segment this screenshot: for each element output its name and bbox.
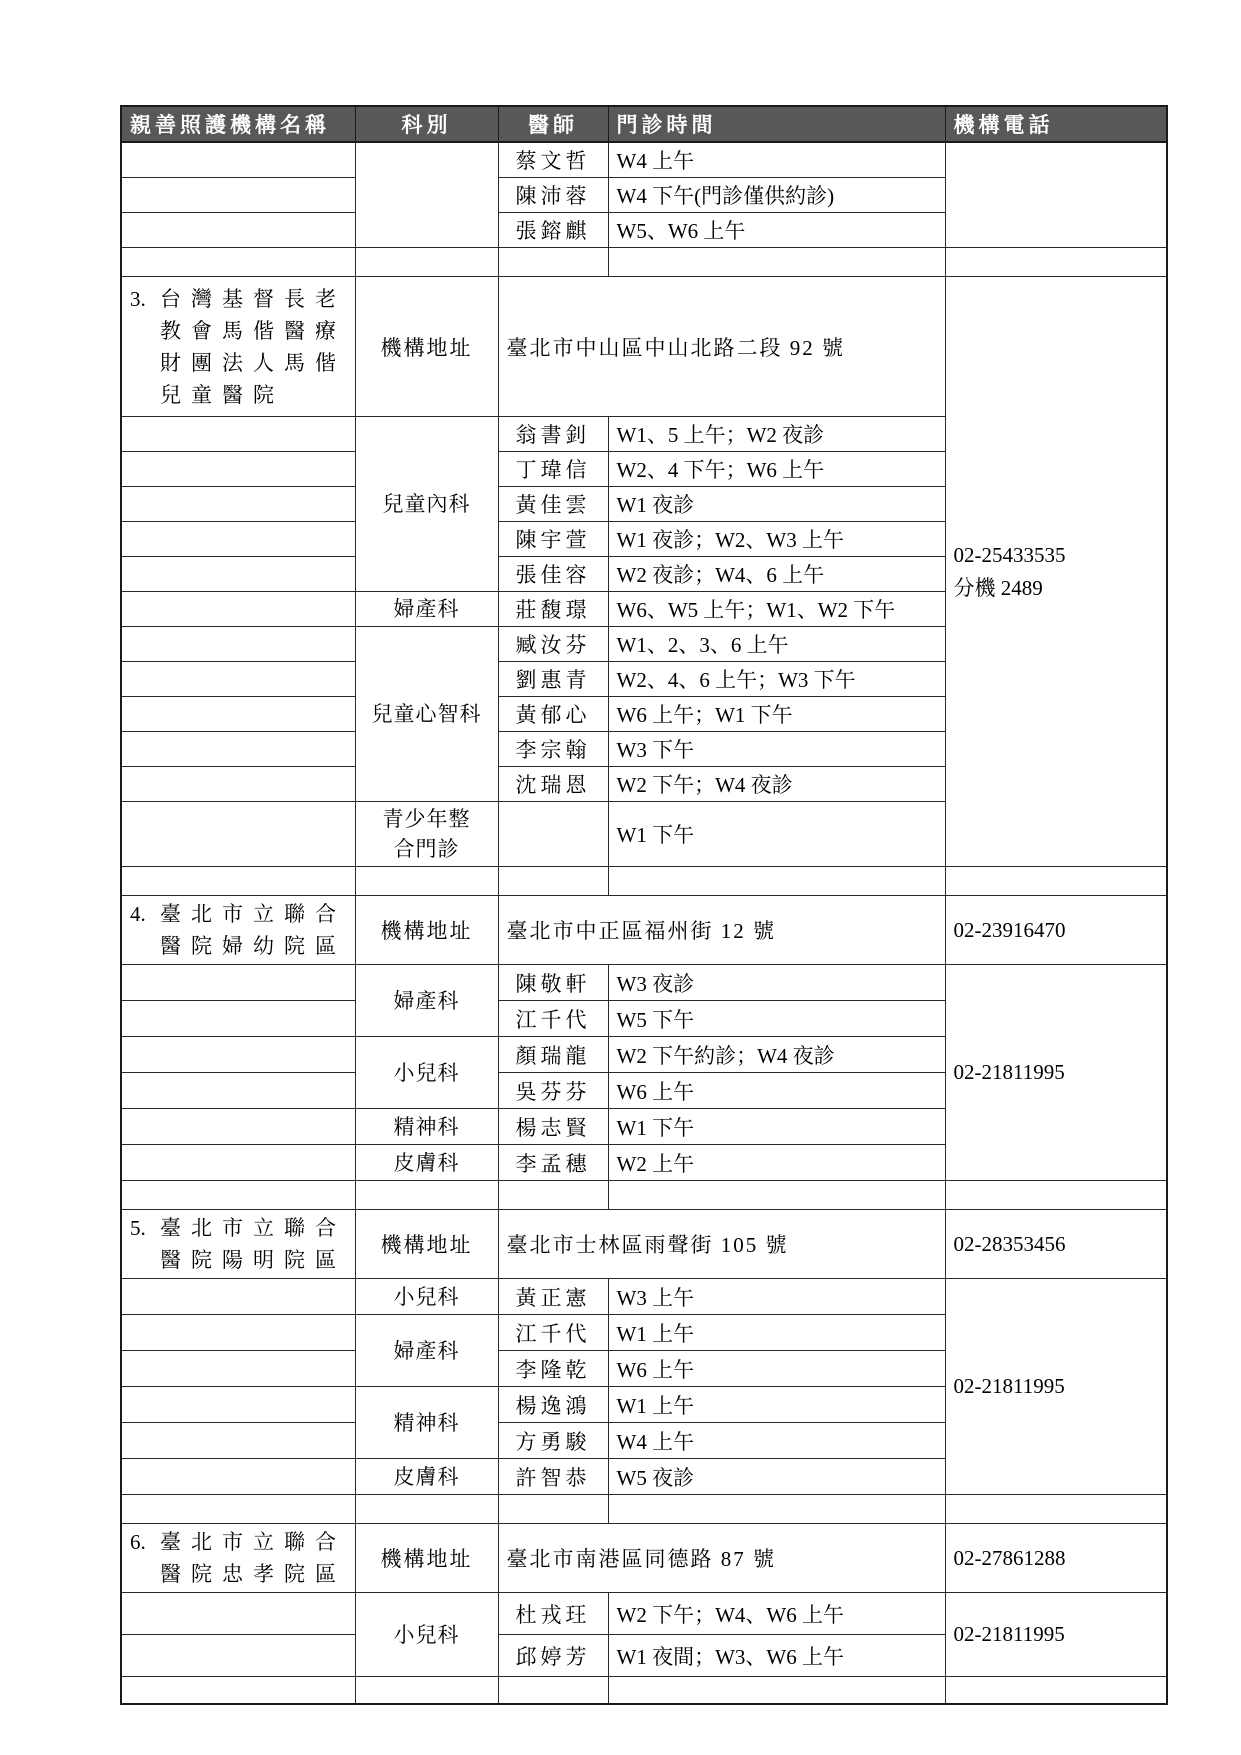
empty-institution-cell [121,767,355,802]
institution-name-wrap: 6.臺北市立聯合 醫院忠孝院區 [130,1526,347,1590]
phone-cell: 02-21811995 [945,1279,1167,1495]
empty-institution-cell [121,452,355,487]
institution-number: 5. [130,1212,160,1244]
department-cell: 小兒科 [355,1279,498,1315]
doctor-name-cell: 黃郁心 [498,697,608,732]
institution-name: 臺北市立聯合 醫院婦幼院區 [160,898,347,962]
institution-number: 3. [130,283,160,315]
clinic-time-cell: W3 上午 [608,1279,945,1315]
department-cell: 皮膚科 [355,1459,498,1495]
clinic-time-cell: W2、4 下午；W6 上午 [608,452,945,487]
doctor-name-cell: 許智恭 [498,1459,608,1495]
empty-phone-cell [945,142,1167,248]
doctor-name-cell: 李孟穗 [498,1145,608,1181]
address-cell: 臺北市中山區中山北路二段 92 號 [498,277,945,417]
empty-institution-cell [121,965,355,1001]
spacer-phone-cell [945,1495,1167,1524]
doctor-name-cell: 楊志賢 [498,1109,608,1145]
doctor-name-cell: 陳沛蓉 [498,178,608,213]
doctor-name-cell: 丁瑋信 [498,452,608,487]
header-institution: 親善照護機構名稱 [121,106,355,142]
clinic-time-cell: W3 下午 [608,732,945,767]
institution-name: 台灣基督長老 教會馬偕醫療 財團法人馬偕 兒童醫院 [160,283,347,411]
clinic-time-cell: W1、5 上午；W2 夜診 [608,417,945,452]
empty-institution-cell [121,627,355,662]
empty-institution-cell [121,1037,355,1073]
empty-institution-cell [121,802,355,867]
address-cell: 臺北市士林區雨聲街 105 號 [498,1210,945,1279]
header-row: 親善照護機構名稱科別醫師門診時間機構電話 [121,106,1167,142]
spacer-time-cell [608,867,945,896]
empty-institution-cell [121,1387,355,1423]
spacer-department-cell [355,248,498,277]
doctor-name-cell: 黃正憲 [498,1279,608,1315]
phone-cell: 02-21811995 [945,965,1167,1181]
spacer-department-cell [355,1181,498,1210]
spacer-doctor-cell [498,1181,608,1210]
doctor-name-cell: 李宗翰 [498,732,608,767]
clinic-time-cell: W4 上午 [608,1423,945,1459]
empty-institution-cell [121,1459,355,1495]
institution-name-cell: 6.臺北市立聯合 醫院忠孝院區 [121,1524,355,1593]
document-page: 親善照護機構名稱科別醫師門診時間機構電話蔡文哲W4 上午陳沛蓉W4 下午(門診僅… [0,0,1241,1755]
empty-institution-cell [121,522,355,557]
address-phone-cell: 02-28353456 [945,1210,1167,1279]
address-label-cell: 機構地址 [355,896,498,965]
spacer-row [121,1677,1167,1704]
institution-name: 臺北市立聯合 醫院陽明院區 [160,1212,347,1276]
spacer-institution-cell [121,867,355,896]
spacer-time-cell [608,248,945,277]
doctor-name-cell: 江千代 [498,1001,608,1037]
clinic-time-cell: W4 下午(門診僅供約診) [608,178,945,213]
department-cell: 皮膚科 [355,1145,498,1181]
doctor-row: 蔡文哲W4 上午 [121,142,1167,178]
header-time: 門診時間 [608,106,945,142]
spacer-row [121,248,1167,277]
empty-institution-cell [121,732,355,767]
institution-address-row: 3.台灣基督長老 教會馬偕醫療 財團法人馬偕 兒童醫院機構地址臺北市中山區中山北… [121,277,1167,417]
spacer-department-cell [355,1677,498,1704]
doctor-name-cell: 江千代 [498,1315,608,1351]
doctor-row: 小兒科杜戎玨W2 下午；W4、W6 上午02-21811995 [121,1593,1167,1635]
clinic-time-cell: W2 下午；W4 夜診 [608,767,945,802]
clinic-time-cell: W1 上午 [608,1315,945,1351]
address-cell: 臺北市中正區福州街 12 號 [498,896,945,965]
address-label-cell: 機構地址 [355,1210,498,1279]
doctor-name-cell: 方勇駿 [498,1423,608,1459]
doctor-name-cell: 陳敬軒 [498,965,608,1001]
empty-institution-cell [121,1635,355,1677]
empty-institution-cell [121,592,355,627]
institution-number: 6. [130,1526,160,1558]
empty-institution-cell [121,1315,355,1351]
spacer-time-cell [608,1181,945,1210]
doctor-name-cell: 張佳容 [498,557,608,592]
clinic-time-cell: W6 上午 [608,1351,945,1387]
empty-institution-cell [121,213,355,248]
empty-institution-cell [121,1109,355,1145]
clinic-time-cell: W2 夜診；W4、6 上午 [608,557,945,592]
spacer-row [121,1181,1167,1210]
doctor-name-cell: 張鎔麒 [498,213,608,248]
clinic-time-cell: W1 夜診；W2、W3 上午 [608,522,945,557]
department-cell: 精神科 [355,1387,498,1459]
spacer-row [121,1495,1167,1524]
clinic-time-cell: W2 下午約診；W4 夜診 [608,1037,945,1073]
address-label-cell: 機構地址 [355,1524,498,1593]
department-cell: 精神科 [355,1109,498,1145]
clinic-time-cell: W1 夜間；W3、W6 上午 [608,1635,945,1677]
spacer-phone-cell [945,248,1167,277]
department-cell: 小兒科 [355,1037,498,1109]
clinic-time-cell: W4 上午 [608,142,945,178]
empty-institution-cell [121,1001,355,1037]
doctor-name-cell: 莊馥璟 [498,592,608,627]
spacer-doctor-cell [498,867,608,896]
spacer-doctor-cell [498,1495,608,1524]
spacer-institution-cell [121,1495,355,1524]
clinic-time-cell: W1 夜診 [608,487,945,522]
doctor-name-cell: 楊逸鴻 [498,1387,608,1423]
institution-name: 臺北市立聯合 醫院忠孝院區 [160,1526,347,1590]
department-cell: 婦產科 [355,592,498,627]
institution-name-wrap: 5.臺北市立聯合 醫院陽明院區 [130,1212,347,1276]
empty-doctor-cell [498,802,608,867]
empty-institution-cell [121,1145,355,1181]
doctor-name-cell: 杜戎玨 [498,1593,608,1635]
spacer-phone-cell [945,1181,1167,1210]
doctor-name-cell: 翁書釗 [498,417,608,452]
institution-name-cell: 4.臺北市立聯合 醫院婦幼院區 [121,896,355,965]
spacer-department-cell [355,867,498,896]
spacer-time-cell [608,1677,945,1704]
institution-name-wrap: 4.臺北市立聯合 醫院婦幼院區 [130,898,347,962]
phone-cell: 02-25433535 分機 2489 [945,277,1167,867]
spacer-department-cell [355,1495,498,1524]
institution-name-wrap: 3.台灣基督長老 教會馬偕醫療 財團法人馬偕 兒童醫院 [130,283,347,411]
institution-address-row: 4.臺北市立聯合 醫院婦幼院區機構地址臺北市中正區福州街 12 號02-2391… [121,896,1167,965]
clinic-time-cell: W3 夜診 [608,965,945,1001]
institution-address-row: 6.臺北市立聯合 醫院忠孝院區機構地址臺北市南港區同德路 87 號02-2786… [121,1524,1167,1593]
clinic-time-cell: W5 夜診 [608,1459,945,1495]
spacer-doctor-cell [498,248,608,277]
department-cell: 小兒科 [355,1593,498,1677]
doctor-name-cell: 顏瑞龍 [498,1037,608,1073]
address-phone-cell: 02-23916470 [945,896,1167,965]
institution-address-row: 5.臺北市立聯合 醫院陽明院區機構地址臺北市士林區雨聲街 105 號02-283… [121,1210,1167,1279]
doctor-name-cell: 陳宇萱 [498,522,608,557]
department-cell: 婦產科 [355,1315,498,1387]
care-institutions-table: 親善照護機構名稱科別醫師門診時間機構電話蔡文哲W4 上午陳沛蓉W4 下午(門診僅… [120,105,1168,1705]
clinic-time-cell: W6 上午 [608,1073,945,1109]
clinic-time-cell: W2、4、6 上午；W3 下午 [608,662,945,697]
empty-institution-cell [121,662,355,697]
clinic-time-cell: W1 上午 [608,1387,945,1423]
institution-name-cell: 3.台灣基督長老 教會馬偕醫療 財團法人馬偕 兒童醫院 [121,277,355,417]
empty-institution-cell [121,1423,355,1459]
clinic-time-cell: W6 上午；W1 下午 [608,697,945,732]
address-label-cell: 機構地址 [355,277,498,417]
spacer-institution-cell [121,248,355,277]
department-cell: 婦產科 [355,965,498,1037]
department-cell: 青少年整 合門診 [355,802,498,867]
clinic-time-cell: W1 下午 [608,1109,945,1145]
clinic-time-cell: W6、W5 上午；W1、W2 下午 [608,592,945,627]
address-phone-cell: 02-27861288 [945,1524,1167,1593]
institution-name-cell: 5.臺北市立聯合 醫院陽明院區 [121,1210,355,1279]
table-body: 親善照護機構名稱科別醫師門診時間機構電話蔡文哲W4 上午陳沛蓉W4 下午(門診僅… [121,106,1167,1704]
doctor-name-cell: 臧汝芬 [498,627,608,662]
empty-institution-cell [121,1593,355,1635]
spacer-row [121,867,1167,896]
empty-institution-cell [121,1351,355,1387]
clinic-time-cell: W2 上午 [608,1145,945,1181]
department-cell: 兒童心智科 [355,627,498,802]
doctor-name-cell: 劉惠青 [498,662,608,697]
doctor-name-cell: 黃佳雲 [498,487,608,522]
header-department: 科別 [355,106,498,142]
clinic-time-cell: W2 下午；W4、W6 上午 [608,1593,945,1635]
clinic-time-cell: W1 下午 [608,802,945,867]
doctor-name-cell: 蔡文哲 [498,142,608,178]
spacer-time-cell [608,1495,945,1524]
empty-institution-cell [121,142,355,178]
header-phone: 機構電話 [945,106,1167,142]
empty-institution-cell [121,417,355,452]
clinic-time-cell: W1、2、3、6 上午 [608,627,945,662]
empty-institution-cell [121,487,355,522]
address-cell: 臺北市南港區同德路 87 號 [498,1524,945,1593]
spacer-institution-cell [121,1181,355,1210]
spacer-phone-cell [945,1677,1167,1704]
spacer-phone-cell [945,867,1167,896]
doctor-name-cell: 邱婷芳 [498,1635,608,1677]
spacer-doctor-cell [498,1677,608,1704]
department-cell: 兒童內科 [355,417,498,592]
empty-institution-cell [121,178,355,213]
empty-institution-cell [121,1279,355,1315]
empty-department-cell [355,142,498,248]
spacer-institution-cell [121,1677,355,1704]
doctor-row: 婦產科陳敬軒W3 夜診02-21811995 [121,965,1167,1001]
empty-institution-cell [121,1073,355,1109]
clinic-time-cell: W5 下午 [608,1001,945,1037]
empty-institution-cell [121,557,355,592]
doctor-name-cell: 李隆乾 [498,1351,608,1387]
institution-number: 4. [130,898,160,930]
clinic-time-cell: W5、W6 上午 [608,213,945,248]
doctor-row: 小兒科黃正憲W3 上午02-21811995 [121,1279,1167,1315]
empty-institution-cell [121,697,355,732]
header-doctor: 醫師 [498,106,608,142]
phone-cell: 02-21811995 [945,1593,1167,1677]
doctor-name-cell: 吳芬芬 [498,1073,608,1109]
doctor-name-cell: 沈瑞恩 [498,767,608,802]
